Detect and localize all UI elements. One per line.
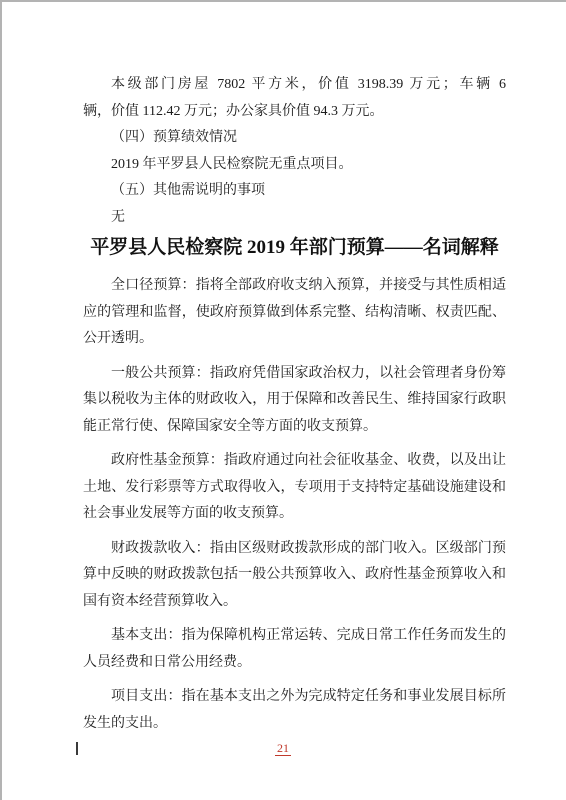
scan-border-left: [0, 0, 2, 800]
definition-paragraph: 项目支出：指在基本支出之外为完成特定任务和事业发展目标所发生的支出。: [83, 684, 506, 737]
definition-paragraph: 一般公共预算：指政府凭借国家政治权力，以社会管理者身份筹集以税收为主体的财政收入…: [83, 361, 506, 441]
text-line: 全口径预算：指将全部政府收支纳入预算，并接受与其性质相适: [83, 273, 506, 300]
definition-paragraph: 政府性基金预算：指政府通过向社会征收基金、收费，以及出让土地、发行彩票等方式取得…: [83, 448, 506, 528]
text-line: 项目支出：指在基本支出之外为完成特定任务和事业发展目标所: [83, 684, 506, 711]
scan-border-top: [0, 0, 566, 2]
section-heading: 平罗县人民检察院 2019 年部门预算——名词解释: [83, 231, 506, 265]
definition-paragraph: 财政拨款收入：指由区级财政拨款形成的部门收入。区级部门预算中反映的财政拨款包括一…: [83, 536, 506, 616]
text-line: （四）预算绩效情况: [83, 125, 506, 152]
definition-paragraph: 全口径预算：指将全部政府收支纳入预算，并接受与其性质相适应的管理和监督，使政府预…: [83, 273, 506, 353]
document-content: 本级部门房屋 7802 平方米，价值 3198.39 万元；车辆 6辆，价值 1…: [83, 72, 506, 737]
definitions-section: 全口径预算：指将全部政府收支纳入预算，并接受与其性质相适应的管理和监督，使政府预…: [83, 273, 506, 737]
text-line: 政府性基金预算：指政府通过向社会征收基金、收费，以及出让: [83, 448, 506, 475]
text-line: 公开透明。: [83, 326, 506, 353]
text-line: 2019 年平罗县人民检察院无重点项目。: [83, 152, 506, 179]
document-page: 本级部门房屋 7802 平方米，价值 3198.39 万元；车辆 6辆，价值 1…: [0, 0, 566, 800]
intro-section: 本级部门房屋 7802 平方米，价值 3198.39 万元；车辆 6辆，价值 1…: [83, 72, 506, 231]
text-line: 国有资本经营预算收入。: [83, 589, 506, 616]
page-number: 21: [275, 741, 291, 756]
text-line: 能正常行使、保障国家安全等方面的收支预算。: [83, 414, 506, 441]
page-footer: 21: [0, 739, 566, 757]
text-line: 无: [83, 205, 506, 232]
text-line: 集以税收为主体的财政收入，用于保障和改善民生、维持国家行政职: [83, 387, 506, 414]
text-line: 本级部门房屋 7802 平方米，价值 3198.39 万元；车辆 6: [83, 72, 506, 99]
text-line: 基本支出：指为保障机构正常运转、完成日常工作任务而发生的: [83, 623, 506, 650]
text-line: 土地、发行彩票等方式取得收入，专项用于支持特定基础设施建设和: [83, 475, 506, 502]
text-line: 发生的支出。: [83, 711, 506, 738]
text-line: （五）其他需说明的事项: [83, 178, 506, 205]
definition-paragraph: 基本支出：指为保障机构正常运转、完成日常工作任务而发生的人员经费和日常公用经费。: [83, 623, 506, 676]
text-line: 社会事业发展等方面的收支预算。: [83, 501, 506, 528]
text-line: 应的管理和监督，使政府预算做到体系完整、结构清晰、权责匹配、: [83, 300, 506, 327]
text-line: 算中反映的财政拨款包括一般公共预算收入、政府性基金预算收入和: [83, 562, 506, 589]
text-line: 财政拨款收入：指由区级财政拨款形成的部门收入。区级部门预: [83, 536, 506, 563]
text-line: 辆，价值 112.42 万元；办公家具价值 94.3 万元。: [83, 99, 506, 126]
text-line: 一般公共预算：指政府凭借国家政治权力，以社会管理者身份筹: [83, 361, 506, 388]
text-line: 人员经费和日常公用经费。: [83, 650, 506, 677]
